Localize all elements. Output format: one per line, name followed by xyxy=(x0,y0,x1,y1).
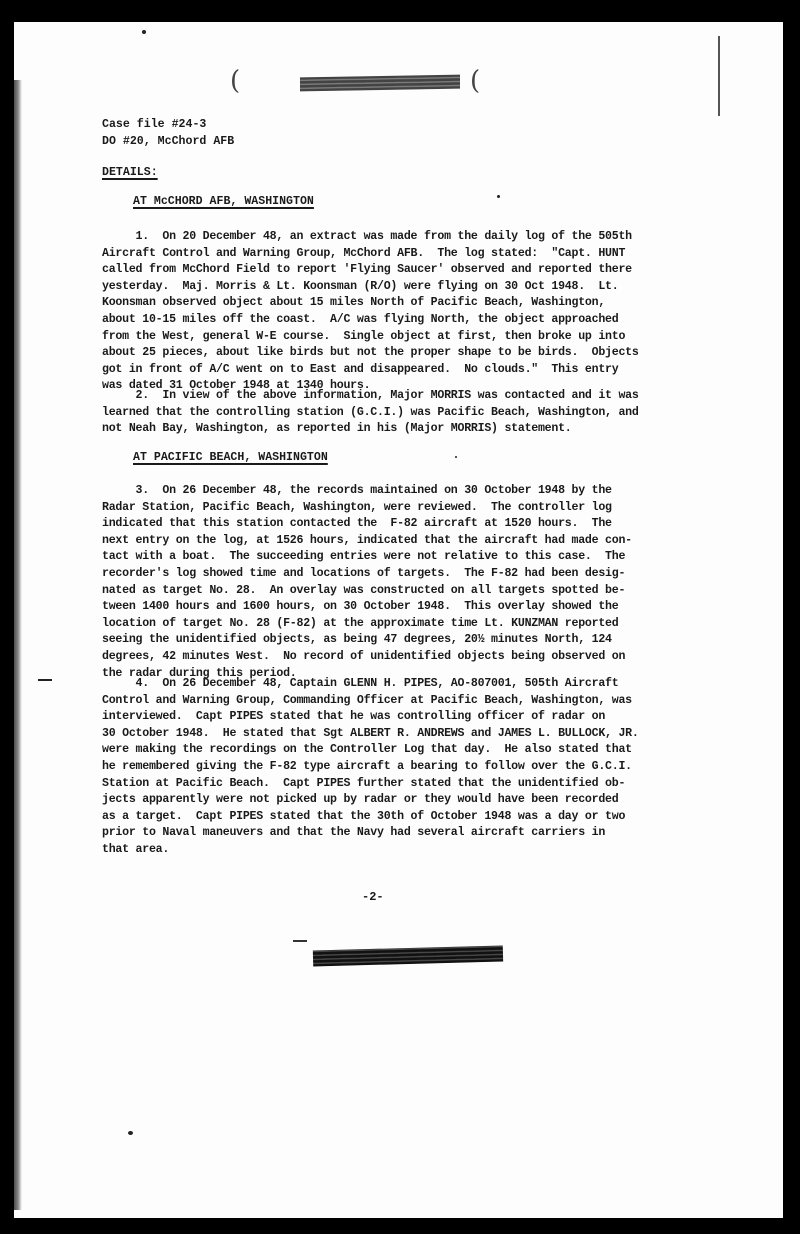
paragraph-line: tween 1400 hours and 1600 hours, on 30 O… xyxy=(102,599,714,616)
scan-speck xyxy=(128,1131,133,1135)
paragraph-line: Aircraft Control and Warning Group, McCh… xyxy=(102,246,714,263)
paragraph-line: 2. In view of the above information, Maj… xyxy=(102,388,714,405)
paragraph-1: 1. On 20 December 48, an extract was mad… xyxy=(102,229,714,395)
paragraph-line: tact with a boat. The succeeding entries… xyxy=(102,549,714,566)
details-label: DETAILS: xyxy=(102,166,158,179)
paragraph-line: jects apparently were not picked up by r… xyxy=(102,792,714,809)
paragraph-line: degrees, 42 minutes West. No record of u… xyxy=(102,649,714,666)
section-heading-mcchord: AT McCHORD AFB, WASHINGTON xyxy=(133,195,314,208)
redaction-bar-top xyxy=(300,75,460,92)
paragraph-line: next entry on the log, at 1526 hours, in… xyxy=(102,533,714,550)
office-line: DO #20, McChord AFB xyxy=(102,135,234,148)
paragraph-line: about 25 pieces, about like birds but no… xyxy=(102,345,714,362)
redaction-bar-bottom xyxy=(313,946,503,967)
paragraph-line: about 10-15 miles off the coast. A/C was… xyxy=(102,312,714,329)
paragraph-line: as a target. Capt PIPES stated that the … xyxy=(102,809,714,826)
paragraph-line: Koonsman observed object about 15 miles … xyxy=(102,295,714,312)
case-file-line: Case file #24-3 xyxy=(102,118,206,131)
paragraph-line: recorder's log showed time and locations… xyxy=(102,566,714,583)
paragraph-line: indicated that this station contacted th… xyxy=(102,516,714,533)
paragraph-line: location of target No. 28 (F-82) at the … xyxy=(102,616,714,633)
paragraph-line: not Neah Bay, Washington, as reported in… xyxy=(102,421,714,438)
paragraph-line: 4. On 26 December 48, Captain GLENN H. P… xyxy=(102,676,714,693)
scan-speck xyxy=(142,30,146,34)
stamp-mark xyxy=(293,940,307,942)
paragraph-line: Radar Station, Pacific Beach, Washington… xyxy=(102,500,714,517)
paragraph-line: interviewed. Capt PIPES stated that he w… xyxy=(102,709,714,726)
paragraph-line: he remembered giving the F-82 type aircr… xyxy=(102,759,714,776)
paragraph-4: 4. On 26 December 48, Captain GLENN H. P… xyxy=(102,676,714,859)
paragraph-line: nated as target No. 28. An overlay was c… xyxy=(102,583,714,600)
paragraph-line: seeing the unidentified objects, as bein… xyxy=(102,632,714,649)
paragraph-line: 1. On 20 December 48, an extract was mad… xyxy=(102,229,714,246)
paragraph-line: called from McChord Field to report 'Fly… xyxy=(102,262,714,279)
classification-stamp-bottom xyxy=(305,940,505,972)
scan-speck xyxy=(497,195,500,198)
scan-speck xyxy=(455,456,457,458)
paragraph-line: from the West, general W-E course. Singl… xyxy=(102,329,714,346)
paragraph-2: 2. In view of the above information, Maj… xyxy=(102,388,714,438)
paragraph-line: learned that the controlling station (G.… xyxy=(102,405,714,422)
stamp-bracket-left: ( xyxy=(230,66,240,96)
section-heading-pacific-beach: AT PACIFIC BEACH, WASHINGTON xyxy=(133,451,328,464)
scan-streak xyxy=(718,36,720,116)
paragraph-line: 3. On 26 December 48, the records mainta… xyxy=(102,483,714,500)
stamp-bracket-right: ( xyxy=(470,66,480,96)
paragraph-line: Control and Warning Group, Commanding Of… xyxy=(102,693,714,710)
paragraph-line: prior to Naval maneuvers and that the Na… xyxy=(102,825,714,842)
classification-stamp-top: ( ( xyxy=(275,68,465,98)
paragraph-line: 30 October 1948. He stated that Sgt ALBE… xyxy=(102,726,714,743)
paragraph-3: 3. On 26 December 48, the records mainta… xyxy=(102,483,714,682)
paragraph-line: Station at Pacific Beach. Capt PIPES fur… xyxy=(102,776,714,793)
scan-edge-shadow xyxy=(14,80,22,1210)
paragraph-line: yesterday. Maj. Morris & Lt. Koonsman (R… xyxy=(102,279,714,296)
page-number: -2- xyxy=(362,890,384,904)
scan-margin-mark xyxy=(38,679,52,681)
paragraph-line: that area. xyxy=(102,842,714,859)
paragraph-line: were making the recordings on the Contro… xyxy=(102,742,714,759)
paragraph-line: got in front of A/C went on to East and … xyxy=(102,362,714,379)
